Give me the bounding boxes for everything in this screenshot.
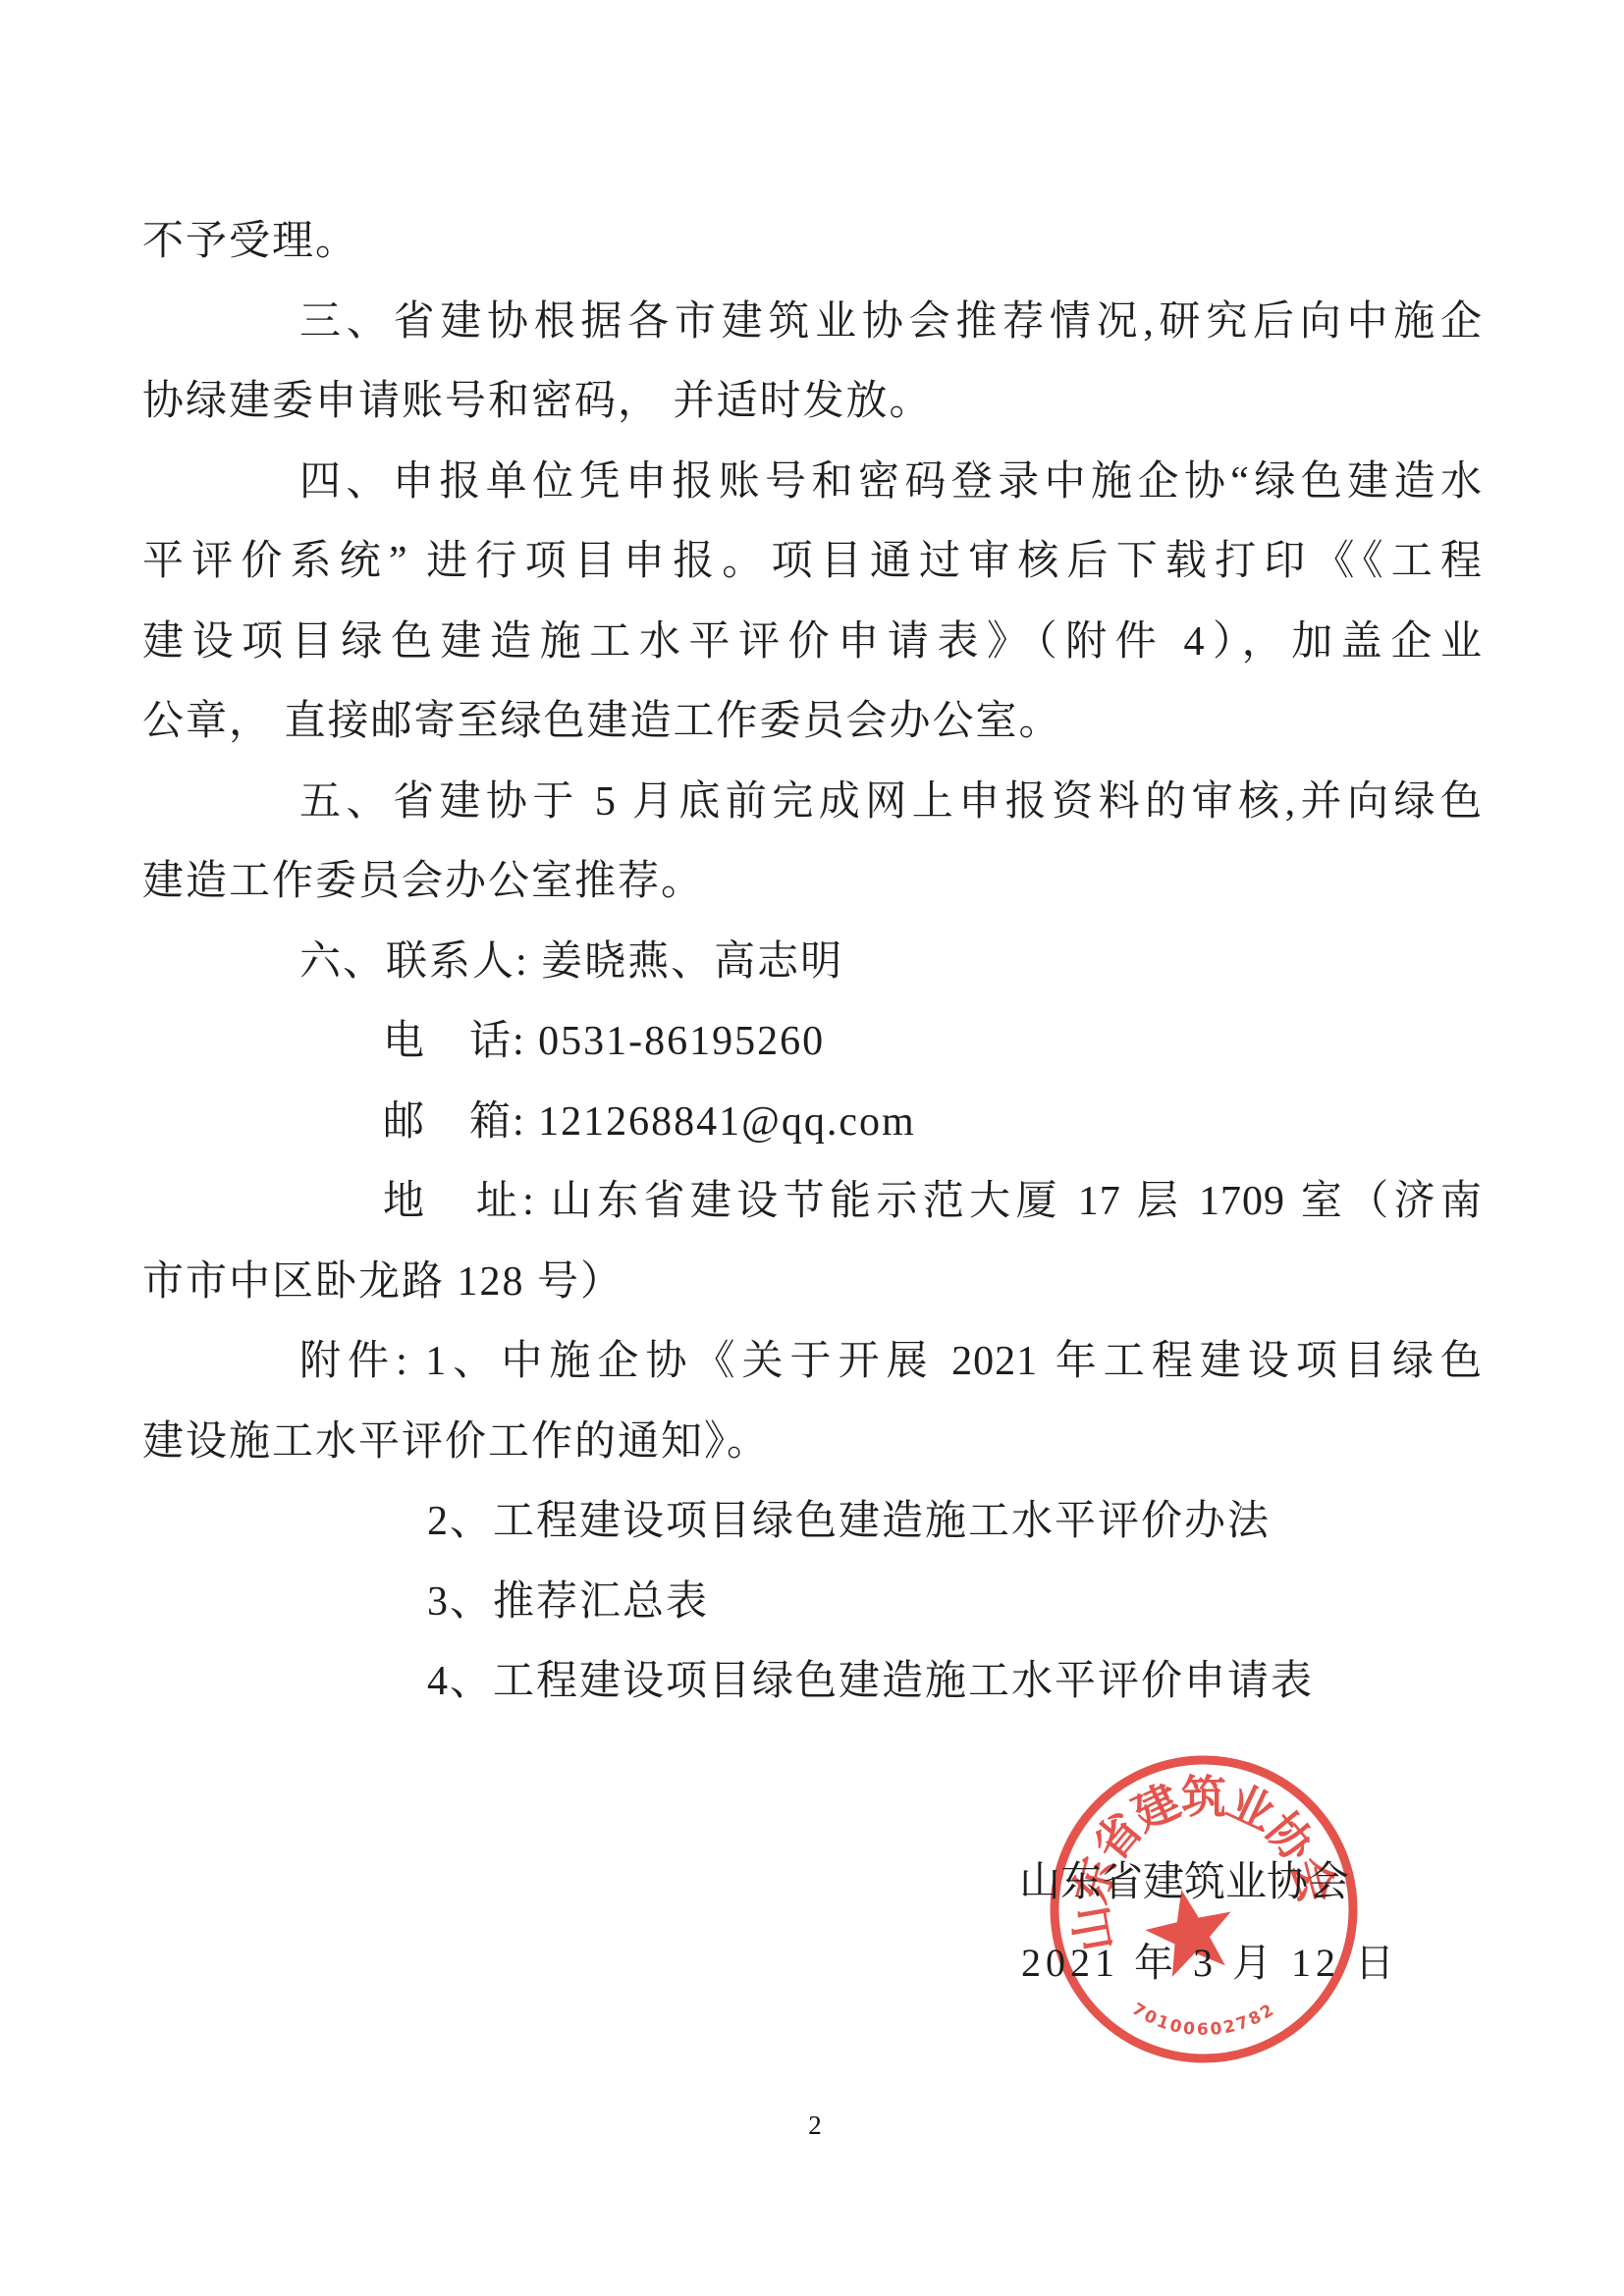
contact-address-line: 市市中区卧龙路 128 号） [142, 1243, 1483, 1323]
paragraph-line: 三、省建协根据各市建筑业协会推荐情况,研究后向中施企 [142, 283, 1483, 363]
attachment-line: 4、工程建设项目绿色建造施工水平评价申请表 [142, 1642, 1483, 1723]
paragraph-line: 平评价系统” 进行项目申报。项目通过审核后下载打印《《工程 [142, 522, 1483, 603]
document-page: 不予受理。 三、省建协根据各市建筑业协会推荐情况,研究后向中施企 协绿建委申请账… [0, 0, 1624, 2296]
attachment-line: 附件: 1、中施企协《关于开展 2021 年工程建设项目绿色 [142, 1322, 1483, 1403]
official-seal-stamp: 山 东 省 建 筑 业 协 会 3701006027823 [1037, 1742, 1371, 2076]
paragraph-line: 公章， 直接邮寄至绿色建造工作委员会办公室。 [142, 682, 1483, 763]
contact-address-line: 地 址: 山东省建设节能示范大厦 17 层 1709 室（济南 [142, 1162, 1483, 1243]
paragraph-line: 建设项目绿色建造施工水平评价申请表》（附件 4），加盖企业 [142, 603, 1483, 683]
attachment-line: 3、推荐汇总表 [142, 1563, 1483, 1643]
page-number: 2 [776, 2110, 854, 2141]
contact-phone-line: 电 话: 0531-86195260 [142, 1002, 1483, 1083]
contact-person-line: 六、联系人: 姜晓燕、高志明 [142, 923, 1483, 1003]
signature-organization: 山东省建筑业协会 [1019, 1849, 1349, 1908]
seal-graphic: 山 东 省 建 筑 业 协 会 3701006027823 [1037, 1742, 1371, 2076]
paragraph-line: 协绿建委申请账号和密码， 并适时发放。 [142, 362, 1483, 443]
signature-date: 2021 年 3 月 12 日 [1021, 1932, 1399, 1988]
paragraph-line: 不予受理。 [142, 202, 1483, 283]
paragraph-line: 五、省建协于 5 月底前完成网上申报资料的审核,并向绿色 [142, 763, 1483, 843]
document-body: 不予受理。 三、省建协根据各市建筑业协会推荐情况,研究后向中施企 协绿建委申请账… [142, 202, 1483, 1723]
attachment-line: 建设施工水平评价工作的通知》。 [142, 1403, 1483, 1483]
paragraph-line: 四、申报单位凭申报账号和密码登录中施企协“绿色建造水 [142, 443, 1483, 523]
contact-email-line: 邮 箱: 121268841@qq.com [142, 1083, 1483, 1163]
attachment-line: 2、工程建设项目绿色建造施工水平评价办法 [142, 1482, 1483, 1563]
seal-char: 筑 [1181, 1773, 1226, 1823]
paragraph-line: 建造工作委员会办公室推荐。 [142, 842, 1483, 923]
